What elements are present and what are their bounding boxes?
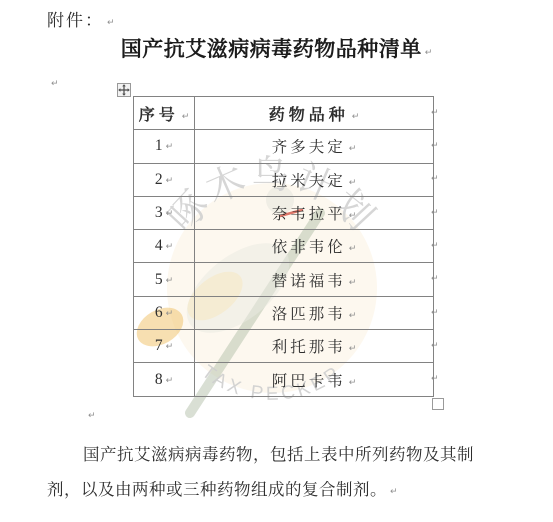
cell-drug[interactable]: 齐多夫定↵ bbox=[195, 130, 434, 163]
cell-no[interactable]: 7↵ bbox=[134, 330, 195, 363]
attachment-label-text: 附件： bbox=[47, 11, 104, 30]
table-row: 3↵ 奈韦拉平↵ bbox=[134, 196, 434, 229]
cell-end-mark: ↵ bbox=[166, 342, 174, 352]
row-end-mark: ↵ bbox=[431, 374, 439, 384]
drug-table: 序号↵ 药物品种↵ 1↵ 齐多夫定↵ 2↵ 拉米夫定↵ 3↵ 奈韦拉平↵ 4↵ … bbox=[133, 96, 434, 397]
row-end-mark: ↵ bbox=[431, 241, 439, 251]
cell-end-mark: ↵ bbox=[166, 176, 174, 186]
body-paragraph[interactable]: 国产抗艾滋病病毒药物，包括上表中所列药物及其制 剂，以及由两种或三种药物组成的复… bbox=[47, 437, 517, 510]
row-end-mark: ↵ bbox=[431, 108, 439, 118]
cell-no[interactable]: 1↵ bbox=[134, 130, 195, 163]
cell-end-mark: ↵ bbox=[349, 144, 357, 154]
cell-end-mark: ↵ bbox=[352, 112, 360, 122]
table-row: 2↵ 拉米夫定↵ bbox=[134, 163, 434, 196]
paragraph-mark: ↵ bbox=[425, 48, 433, 58]
cell-drug[interactable]: 依非韦伦↵ bbox=[195, 230, 434, 263]
table-resize-handle[interactable] bbox=[432, 398, 444, 410]
cell-end-mark: ↵ bbox=[166, 242, 174, 252]
cell-end-mark: ↵ bbox=[166, 142, 174, 152]
cell-drug[interactable]: 利托那韦↵ bbox=[195, 330, 434, 363]
cell-end-mark: ↵ bbox=[349, 211, 357, 221]
page-title-text: 国产抗艾滋病病毒药物品种清单 bbox=[121, 37, 422, 61]
cell-end-mark: ↵ bbox=[349, 311, 357, 321]
cell-drug[interactable]: 拉米夫定↵ bbox=[195, 163, 434, 196]
cell-end-mark: ↵ bbox=[166, 276, 174, 286]
header-cell-drug[interactable]: 药物品种↵ bbox=[195, 97, 434, 130]
cell-drug[interactable]: 阿巴卡韦↵ bbox=[195, 363, 434, 396]
document-page: 啄木鸟计划 TAX PECKER 附件：↵ 国产抗艾滋病病毒药物品种清单↵ ↵ … bbox=[0, 0, 553, 522]
attachment-label[interactable]: 附件：↵ bbox=[47, 6, 115, 31]
paragraph-mark: ↵ bbox=[51, 79, 59, 89]
row-end-mark: ↵ bbox=[431, 141, 439, 151]
table-move-handle-icon[interactable] bbox=[117, 83, 131, 97]
table-row: 1↵ 齐多夫定↵ bbox=[134, 130, 434, 163]
cell-no[interactable]: 3↵ bbox=[134, 196, 195, 229]
paragraph-mark: ↵ bbox=[107, 18, 115, 28]
cell-drug[interactable]: 替诺福韦↵ bbox=[195, 263, 434, 296]
page-title[interactable]: 国产抗艾滋病病毒药物品种清单↵ bbox=[0, 33, 553, 63]
row-end-marks: ↵ ↵ ↵ ↵ ↵ ↵ ↵ ↵ ↵ bbox=[431, 96, 439, 396]
table-row: 4↵ 依非韦伦↵ bbox=[134, 230, 434, 263]
table-row: 6↵ 洛匹那韦↵ bbox=[134, 296, 434, 329]
row-end-mark: ↵ bbox=[431, 308, 439, 318]
table-row: 8↵ 阿巴卡韦↵ bbox=[134, 363, 434, 396]
cell-no[interactable]: 5↵ bbox=[134, 263, 195, 296]
cell-end-mark: ↵ bbox=[182, 112, 190, 122]
row-end-mark: ↵ bbox=[431, 341, 439, 351]
cell-end-mark: ↵ bbox=[349, 378, 357, 388]
row-end-mark: ↵ bbox=[431, 208, 439, 218]
cell-no[interactable]: 4↵ bbox=[134, 230, 195, 263]
cell-end-mark: ↵ bbox=[349, 344, 357, 354]
cell-end-mark: ↵ bbox=[349, 244, 357, 254]
body-paragraph-line1: 国产抗艾滋病病毒药物，包括上表中所列药物及其制 bbox=[47, 437, 517, 472]
cell-drug[interactable]: 洛匹那韦↵ bbox=[195, 296, 434, 329]
table-row: 7↵ 利托那韦↵ bbox=[134, 330, 434, 363]
row-end-mark: ↵ bbox=[431, 274, 439, 284]
cell-end-mark: ↵ bbox=[166, 376, 174, 386]
row-end-mark: ↵ bbox=[431, 174, 439, 184]
cell-end-mark: ↵ bbox=[349, 178, 357, 188]
header-cell-no[interactable]: 序号↵ bbox=[134, 97, 195, 130]
table-row: 5↵ 替诺福韦↵ bbox=[134, 263, 434, 296]
cell-no[interactable]: 8↵ bbox=[134, 363, 195, 396]
table-header-row: 序号↵ 药物品种↵ bbox=[134, 97, 434, 130]
paragraph-mark: ↵ bbox=[88, 411, 96, 421]
cell-no[interactable]: 6↵ bbox=[134, 296, 195, 329]
paragraph-mark: ↵ bbox=[390, 487, 398, 497]
cell-no[interactable]: 2↵ bbox=[134, 163, 195, 196]
cell-end-mark: ↵ bbox=[166, 309, 174, 319]
cell-end-mark: ↵ bbox=[349, 278, 357, 288]
cell-end-mark: ↵ bbox=[166, 209, 174, 219]
cell-drug[interactable]: 奈韦拉平↵ bbox=[195, 196, 434, 229]
body-paragraph-line2: 剂，以及由两种或三种药物组成的复合制剂。↵ bbox=[47, 472, 517, 510]
